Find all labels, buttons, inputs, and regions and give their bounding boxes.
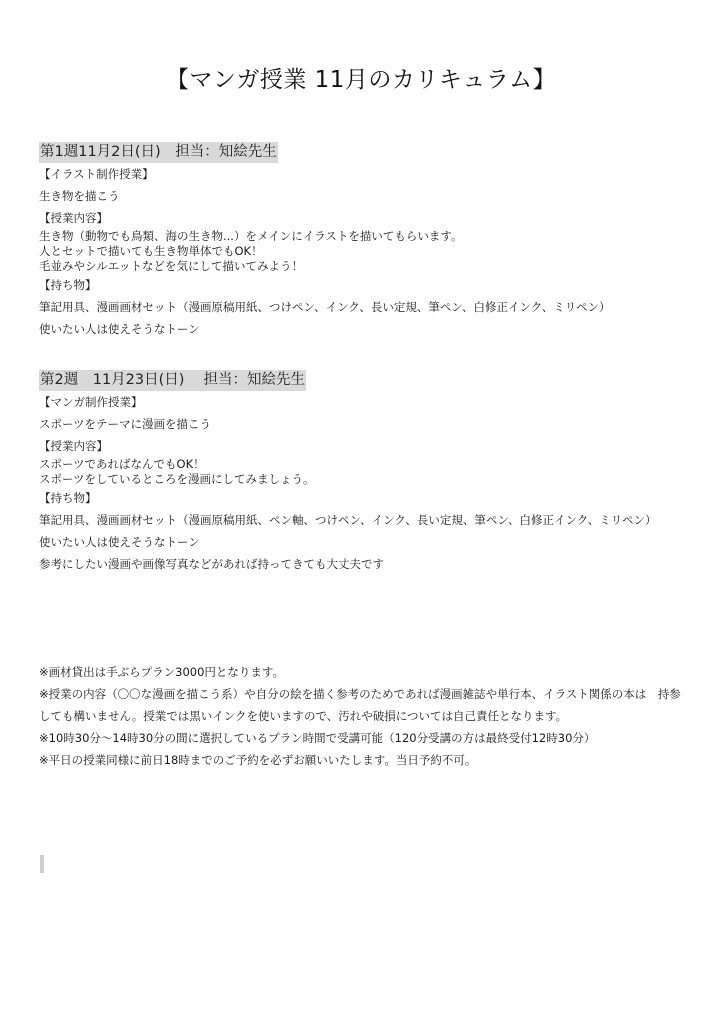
week-2-content-label: 【授業内容】 [39,435,689,457]
week-2-items-label: 【持ち物】 [39,487,689,509]
week-1-theme: 生き物を描こう [39,185,689,207]
week-1-section: 第1週11月2日(日) 担当：知絵先生 【イラスト制作授業】 生き物を描こう 【… [39,141,689,340]
week-1-item-line: 使いたい人は使えそうなトーン [39,318,689,340]
week-2-content-line: スポーツであればなんでもOK！ [39,457,689,472]
note-line: ※10時30分～14時30分の間に選択しているプラン時間で受講可能（120分受講… [39,727,689,749]
note-line: ※授業の内容（〇〇な漫画を描こう系）や自分の絵を描く参考のためであれば漫画雑誌や… [39,683,689,727]
week-2-item-line: 使いたい人は使えそうなトーン [39,531,689,553]
note-line: ※画材貸出は手ぶらプラン3000円となります。 [39,661,689,683]
week-1-content-line: 人とセットで描いても生き物単体でもOK！ [39,244,689,259]
week-2-item-line: 筆記用具、漫画画材セット（漫画原稿用紙、ペン軸、つけペン、インク、長い定規、筆ペ… [39,509,689,531]
page-title: 【マンガ授業 11月のカリキュラム】 [0,64,722,96]
week-2-content-line: スポーツをしているところを漫画にしてみましょう。 [39,472,689,487]
week-2-heading: 第2週 11月23日(日) 担当：知絵先生 [39,369,689,391]
week-1-item-line: 筆記用具、漫画画材セット（漫画原稿用紙、つけペン、インク、長い定規、筆ペン、白修… [39,296,689,318]
week-1-content-line: 毛並みやシルエットなどを気にして描いてみよう！ [39,259,689,274]
week-2-section: 第2週 11月23日(日) 担当：知絵先生 【マンガ制作授業】 スポーツをテーマ… [39,369,689,575]
week-2-item-line: 参考にしたい漫画や画像写真などがあれば持ってきても大丈夫です [39,553,689,575]
week-1-content-line: 生き物（動物でも鳥類、海の生き物...）をメインにイラストを描いてもらいます。 [39,229,689,244]
week-1-category: 【イラスト制作授業】 [39,163,689,185]
week-1-heading: 第1週11月2日(日) 担当：知絵先生 [39,141,689,163]
text-cursor-marker [40,855,44,873]
week-1-items-label: 【持ち物】 [39,274,689,296]
notes-section: ※画材貸出は手ぶらプラン3000円となります。 ※授業の内容（〇〇な漫画を描こう… [39,661,689,771]
note-line: ※平日の授業同様に前日18時までのご予約を必ずお願いいたします。当日予約不可。 [39,749,689,771]
week-2-theme: スポーツをテーマに漫画を描こう [39,413,689,435]
week-heading-text: 第2週 11月23日(日) 担当：知絵先生 [39,370,306,391]
week-1-content-label: 【授業内容】 [39,207,689,229]
week-heading-text: 第1週11月2日(日) 担当：知絵先生 [39,142,278,163]
week-2-category: 【マンガ制作授業】 [39,391,689,413]
